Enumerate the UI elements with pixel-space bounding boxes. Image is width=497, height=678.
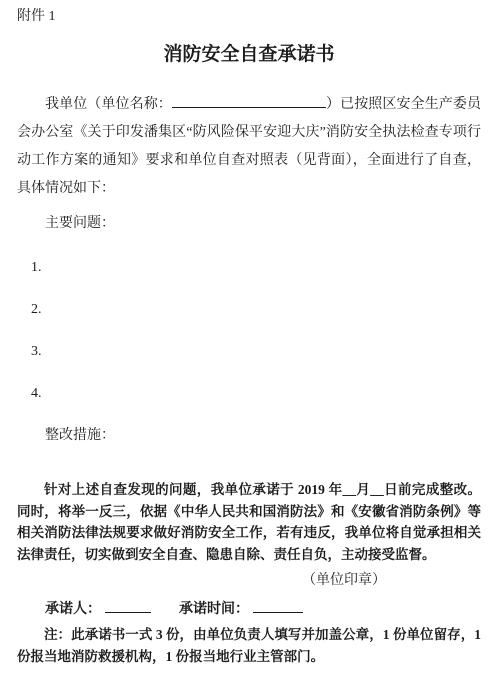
intro-paragraph: 我单位（单位名称：）已按照区安全生产委员会办公室《关于印发潘集区“防风险保平安迎… [17, 91, 481, 203]
promisor-label: 承诺人： [45, 602, 101, 617]
seal-label: （单位印章） [302, 573, 386, 588]
problem-item-3: 3. [17, 344, 481, 360]
problem-item-2: 2. [17, 302, 481, 318]
unit-name-blank [172, 93, 326, 108]
problems-heading: 主要问题： [17, 214, 481, 234]
attachment-label: 附件 1 [17, 8, 481, 25]
time-blank [253, 599, 303, 613]
problem-item-4: 4. [17, 386, 481, 402]
signature-row: 承诺人：承诺时间： [17, 599, 481, 620]
document-page: 附件 1 消防安全自查承诺书 我单位（单位名称：）已按照区安全生产委员会办公室《… [0, 0, 497, 678]
problem-item-1: 1. [17, 260, 481, 276]
document-title: 消防安全自查承诺书 [17, 42, 481, 68]
time-label: 承诺时间： [179, 602, 249, 617]
intro-prefix: 我单位（单位名称： [45, 97, 172, 112]
measures-heading: 整改措施： [17, 426, 481, 446]
note-paragraph: 注：此承诺书一式 3 份，由单位负责人填写并加盖公章，1 份单位留存，1 份报当… [17, 624, 481, 667]
seal-line: （单位印章） [17, 572, 481, 590]
commitment-paragraph: 针对上述自查发现的问题，我单位承诺于 2019 年__月__日前完成整改。同时，… [17, 479, 481, 565]
promisor-blank [105, 599, 151, 613]
